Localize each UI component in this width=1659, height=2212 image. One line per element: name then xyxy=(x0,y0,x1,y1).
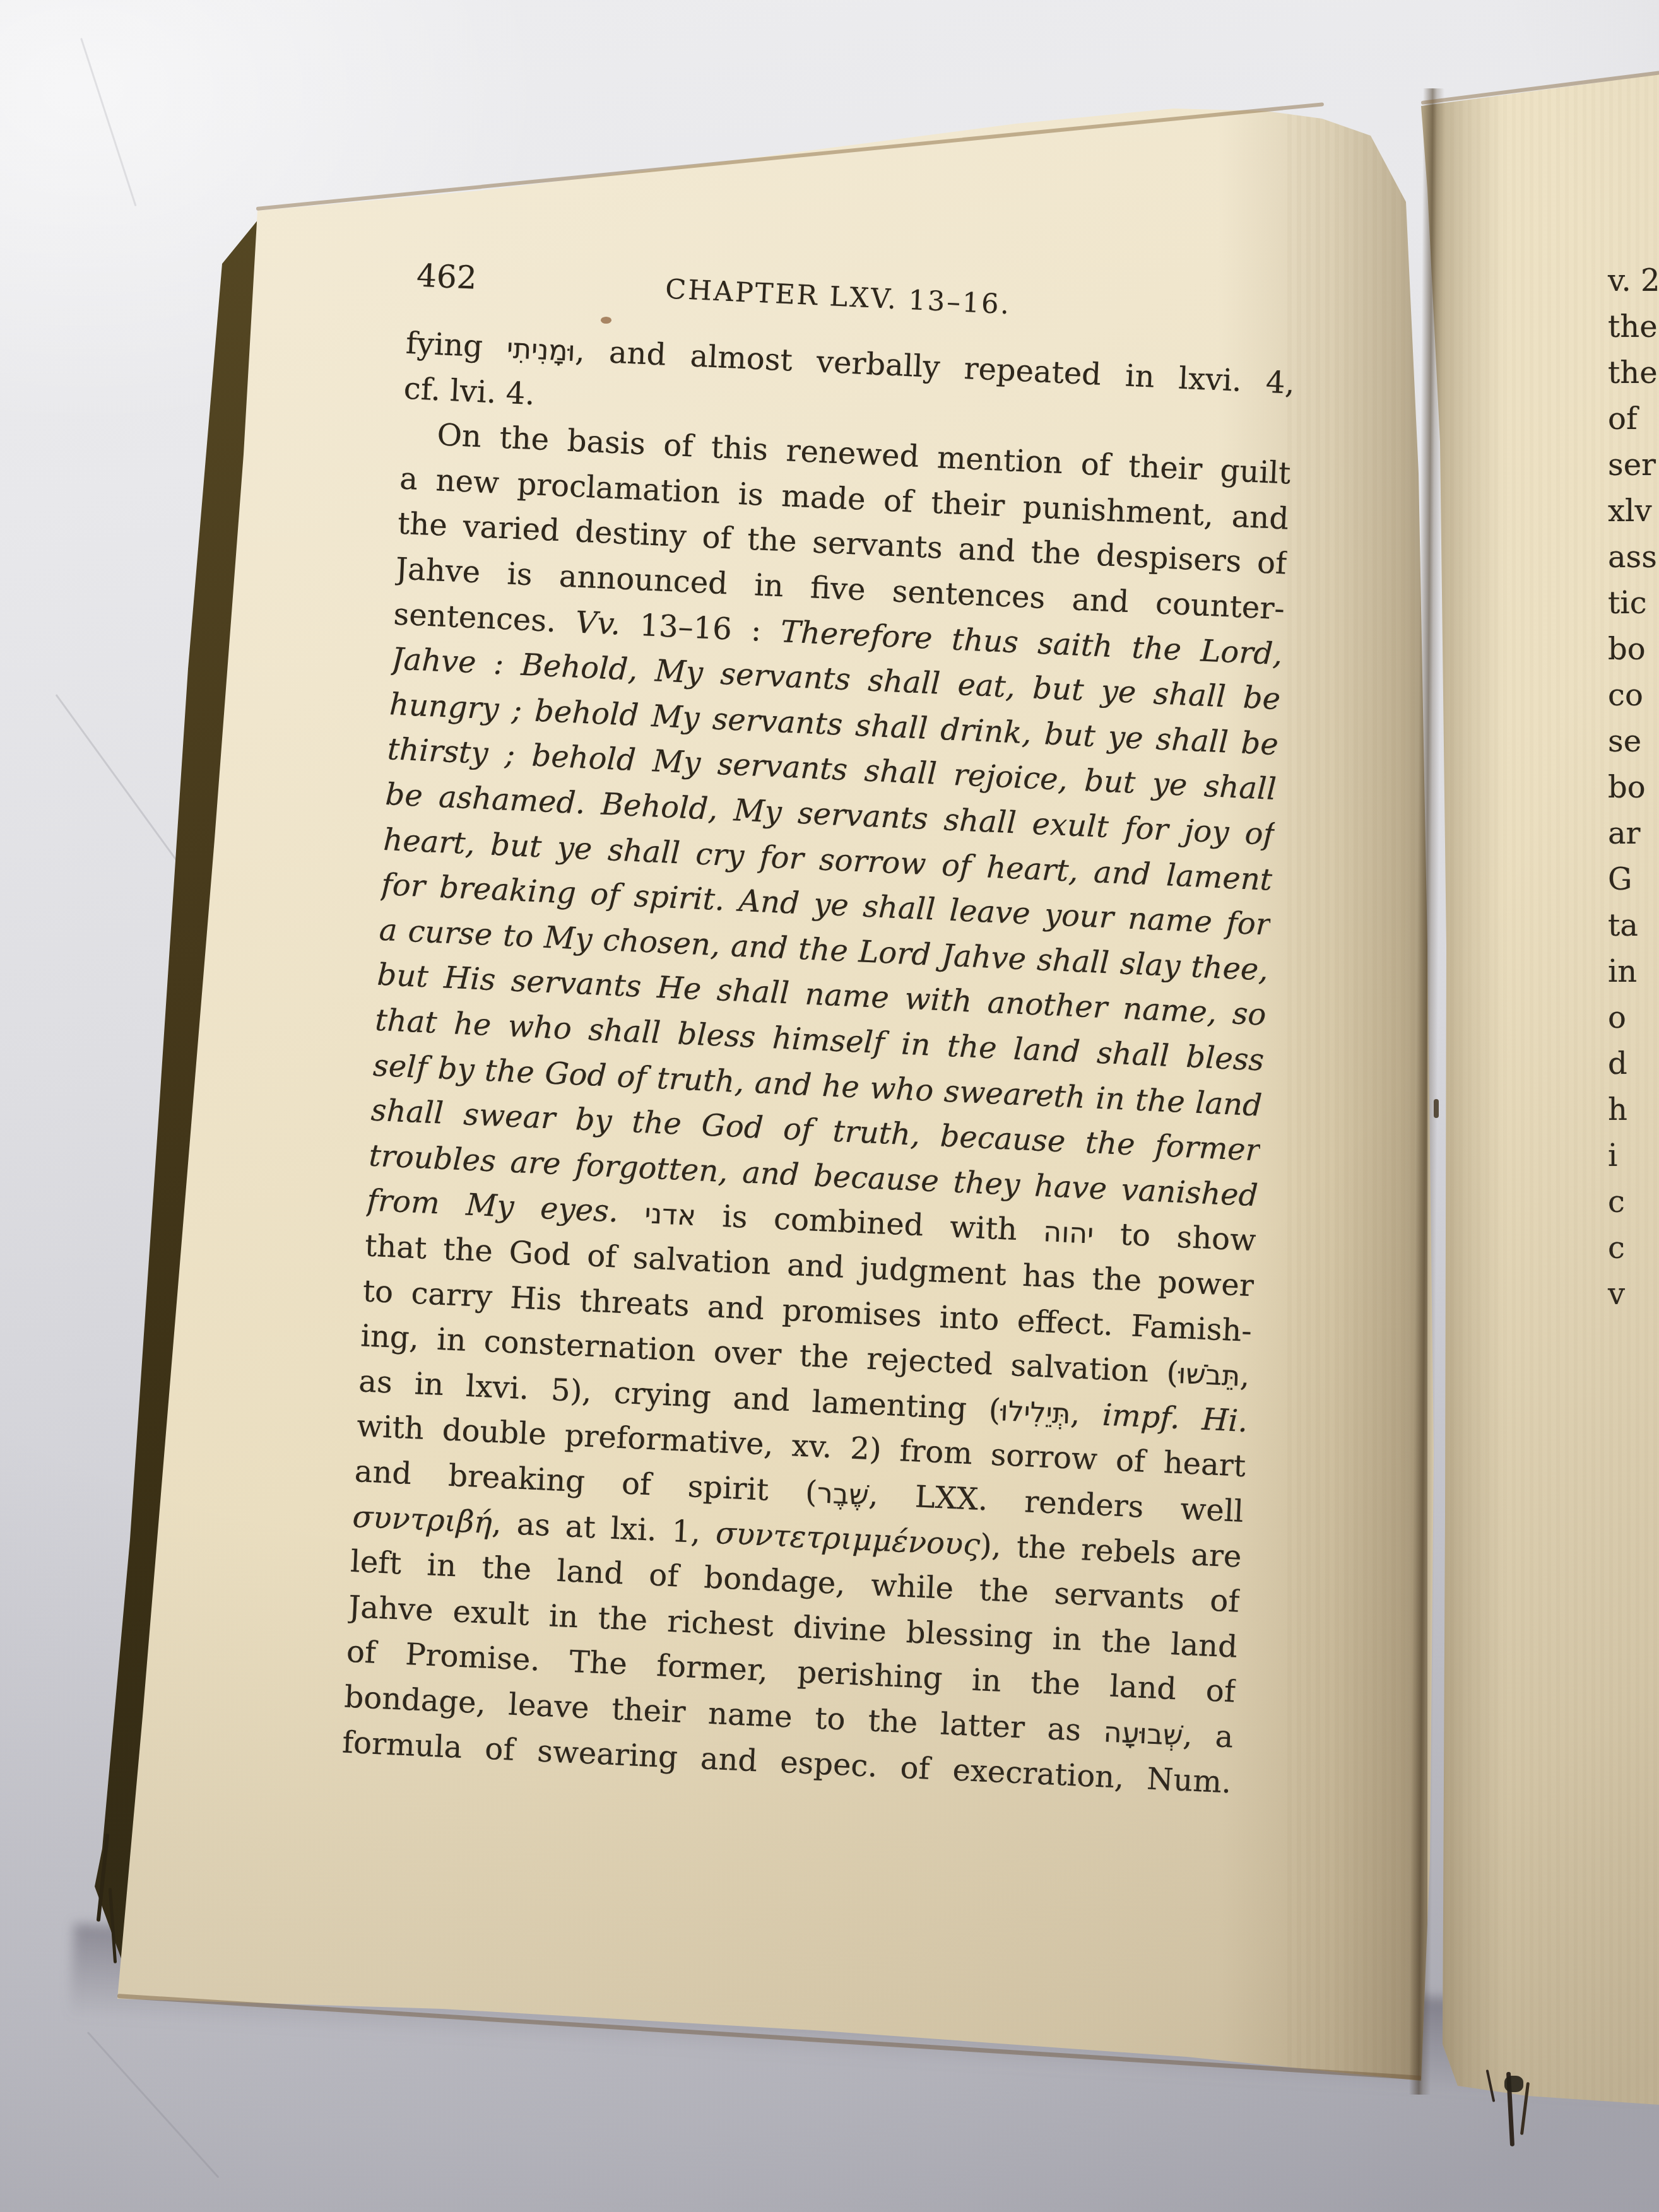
text-segment: to show xyxy=(1093,1216,1257,1259)
hebrew-word: וּמָנִיתִי xyxy=(506,332,576,368)
clipped-text-fragment: the xyxy=(1608,353,1659,397)
clipped-text-fragment: bo xyxy=(1608,768,1659,812)
text-segment: , a xyxy=(1182,1717,1234,1755)
text-segment: sentences. xyxy=(393,596,577,640)
clipped-text-fragment: i xyxy=(1608,1136,1659,1180)
hebrew-word: תֵּבֹשׁוּ xyxy=(1178,1358,1241,1392)
clipped-text-fragment: c xyxy=(1608,1228,1659,1273)
greek-word: συντετριμμένους xyxy=(715,1515,981,1563)
hebrew-word: אדני xyxy=(644,1198,697,1233)
text-segment: fying xyxy=(405,326,508,365)
paper-speck xyxy=(601,317,611,324)
paper-striations xyxy=(1287,88,1427,2095)
greek-word: συντριβή xyxy=(352,1499,493,1541)
binding-thread-clump xyxy=(1504,2076,1523,2092)
book-photo: 462 CHAPTER LXV. 13–16. fying וּמָנִיתִי… xyxy=(0,0,1659,2212)
clipped-text-fragment: in xyxy=(1608,952,1659,996)
clipped-text-fragment: h xyxy=(1608,1090,1659,1134)
page-text-block: 462 CHAPTER LXV. 13–16. fying וּמָנִיתִי… xyxy=(410,250,1299,290)
clipped-text-fragment: xlv xyxy=(1608,491,1659,536)
hebrew-word: שֶׁבֶר xyxy=(817,1477,870,1512)
text-segment: ), the rebels are xyxy=(979,1527,1243,1575)
clipped-text-fragment: v. 2 xyxy=(1608,261,1659,305)
clipped-text-fragment: co xyxy=(1608,676,1659,720)
clipped-text-fragment: bo xyxy=(1608,630,1659,674)
clipped-text-fragment: d xyxy=(1608,1044,1659,1088)
clipped-text-fragment: of xyxy=(1608,399,1659,444)
clipped-text-fragment: ta xyxy=(1608,906,1659,950)
clipped-text-fragment: v xyxy=(1608,1274,1659,1319)
clipped-text-fragment: ser xyxy=(1608,445,1659,490)
clipped-text-fragment: ass xyxy=(1608,538,1659,582)
text-segment: , xyxy=(1239,1358,1251,1394)
clipped-text-fragment: the xyxy=(1608,307,1659,351)
text-segment: impf. Hi. xyxy=(1102,1397,1249,1438)
text-segment: cf. lvi. 4. xyxy=(403,370,536,411)
clipped-text-fragment: o xyxy=(1608,998,1659,1042)
text-segment: , xyxy=(1070,1396,1103,1432)
clipped-text-fragment: tic xyxy=(1608,584,1659,628)
hebrew-word: יהוה xyxy=(1042,1216,1094,1251)
crease-nick xyxy=(1434,1099,1439,1118)
text-segment: Vv. xyxy=(575,604,622,642)
clipped-text-fragment: ar xyxy=(1608,814,1659,858)
clipped-text-fragment: G xyxy=(1608,860,1659,904)
hebrew-word: תְּיֵלִילוּ xyxy=(1000,1395,1071,1430)
hebrew-word: שְׁבוּעָה xyxy=(1103,1716,1184,1752)
chapter-heading: CHAPTER LXV. 13–16. xyxy=(408,260,1299,336)
clipped-text-fragment: c xyxy=(1608,1182,1659,1227)
clipped-text-fragment: se xyxy=(1608,722,1659,766)
text-segment: 13–16 : xyxy=(620,606,781,649)
text-segment: , as at lxi. 1, xyxy=(492,1505,717,1551)
